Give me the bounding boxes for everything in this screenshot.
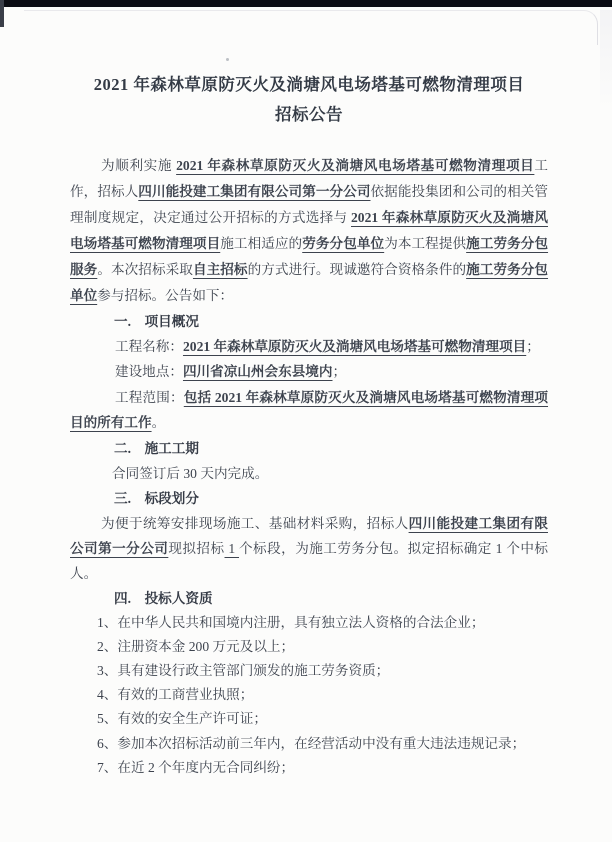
section-heading-qualifications: 四. 投标人资质 (114, 586, 548, 611)
text-segment: ； (333, 364, 347, 379)
qualification-item-1: 1、在中华人民共和国境内注册，具有独立法人资格的合法企业； (97, 611, 548, 635)
scanner-edge-notch (0, 0, 4, 27)
schedule-body: 合同签订后 30 天内完成。 (112, 461, 548, 486)
emphasis-text: 自主招标 (193, 262, 248, 277)
document-content: 2021 年森林草原防灭火及淌塘风电场塔基可燃物清理项目 招标公告 为顺利实施 … (70, 70, 548, 780)
text-segment: ； (526, 339, 540, 354)
emphasis-text: 四川能投建工集团有限公司第一分公司 (138, 184, 370, 199)
lots-paragraph: 为便于统筹安排现场施工、基础材料采购，招标人四川能投建工集团有限公司第一分公司现… (70, 511, 548, 586)
text-segment: 施工相适应的 (220, 236, 302, 251)
text-segment: 为顺利实施 (101, 158, 176, 173)
text-segment: 建设地点： (115, 364, 183, 379)
scan-speck (226, 58, 229, 61)
emphasis-text: 2021 年森林草原防灭火及淌塘风电场塔基可燃物清理项目 (176, 158, 534, 173)
emphasis-text: 2021 年森林草原防灭火及淌塘风电场塔基可燃物清理项目 (183, 339, 526, 354)
qualification-item-6: 6、参加本次招标活动前三年内，在经营活动中没有重大违法违规记录； (97, 732, 548, 756)
document-title-line1: 2021 年森林草原防灭火及淌塘风电场塔基可燃物清理项目 (70, 70, 548, 100)
page-edge-shade (600, 10, 612, 110)
section-heading-overview: 一. 项目概况 (114, 309, 548, 334)
scanned-document-page: 2021 年森林草原防灭火及淌塘风电场塔基可燃物清理项目 招标公告 为顺利实施 … (0, 0, 612, 842)
emphasis-text: 劳务分包单位 (302, 236, 384, 251)
overview-field-scope: 工程范围：包括 2021 年森林草原防灭火及淌塘风电场塔基可燃物清理项目的所有工… (70, 385, 548, 436)
text-segment: 为本工程提供 (384, 236, 466, 251)
text-segment: 。 (152, 415, 166, 430)
page-corner-shadow (24, 10, 598, 45)
overview-field-project-name: 工程名称：2021 年森林草原防灭火及淌塘风电场塔基可燃物清理项目； (70, 334, 548, 359)
text-segment: 工程名称： (115, 339, 183, 354)
emphasis-text: 1 (225, 541, 240, 556)
qualification-item-4: 4、有效的工商营业执照； (97, 683, 548, 707)
qualification-item-2: 2、注册资本金 200 万元及以上； (97, 635, 548, 659)
text-segment: 。本次招标采取 (97, 262, 193, 277)
text-segment: 现拟招标 (168, 541, 224, 556)
intro-paragraph: 为顺利实施 2021 年森林草原防灭火及淌塘风电场塔基可燃物清理项目工作，招标人… (70, 153, 548, 309)
document-title: 2021 年森林草原防灭火及淌塘风电场塔基可燃物清理项目 招标公告 (70, 70, 548, 130)
document-title-line2: 招标公告 (70, 100, 548, 130)
text-segment: 工程范围： (115, 390, 184, 405)
section-heading-lots: 三. 标段划分 (114, 486, 548, 511)
overview-field-location: 建设地点：四川省凉山州会东县境内； (70, 359, 548, 384)
text-segment: 参与招标。公告如下： (97, 288, 233, 303)
qualification-item-3: 3、具有建设行政主管部门颁发的施工劳务资质； (97, 659, 548, 683)
section-heading-schedule: 二. 施工工期 (114, 436, 548, 461)
scanner-edge-bar (0, 0, 612, 7)
text-segment: 为便于统筹安排现场施工、基础材料采购，招标人 (101, 516, 409, 531)
qualification-item-7: 7、在近 2 个年度内无合同纠纷； (97, 756, 548, 780)
emphasis-text: 四川省凉山州会东县境内 (183, 364, 333, 379)
qualification-item-5: 5、有效的安全生产许可证； (97, 707, 548, 731)
text-segment: 的方式进行。现诚邀符合资格条件的 (248, 262, 467, 277)
